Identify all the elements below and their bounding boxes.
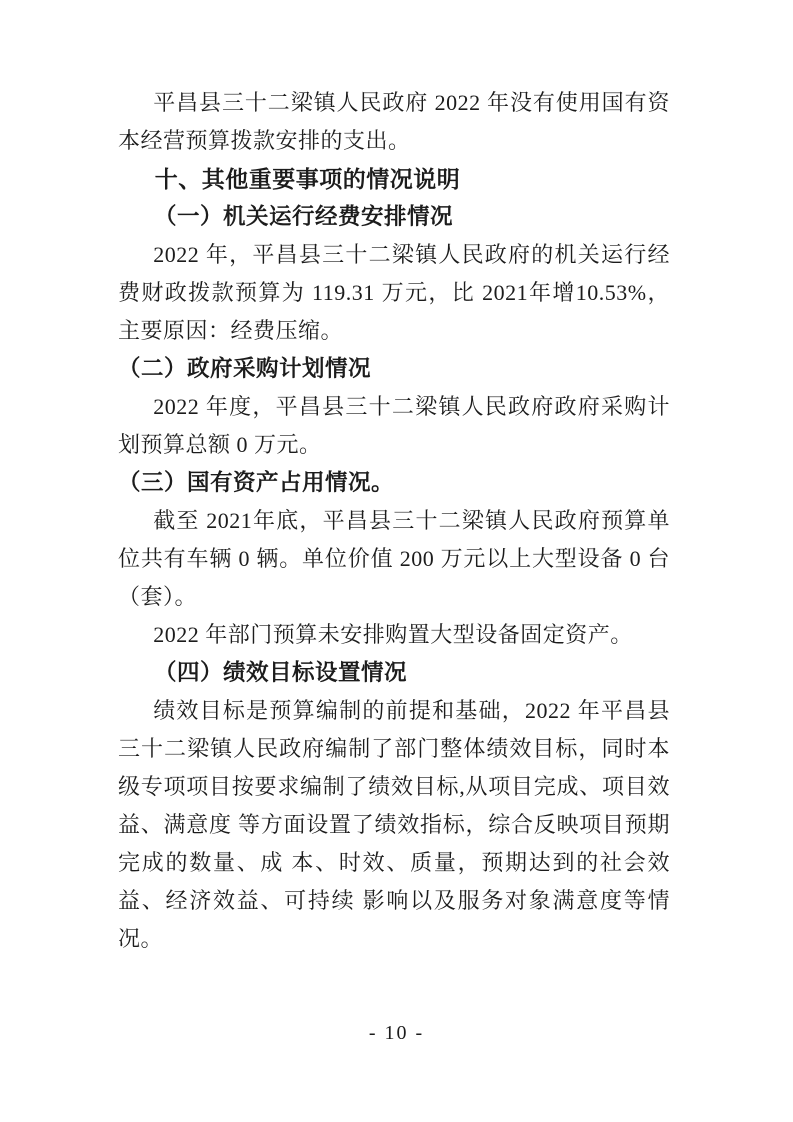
paragraph-state-assets: 截至 2021年底，平昌县三十二梁镇人民政府预算单位共有车辆 0 辆。单位价值 …: [118, 502, 670, 616]
subsection-heading-2: （二）政府采购计划情况: [118, 350, 670, 388]
paragraph-operating-funds: 2022 年，平昌县三十二梁镇人民政府的机关运行经费财政拨款预算为 119.31…: [118, 236, 670, 350]
section-heading-10: 十、其他重要事项的情况说明: [118, 160, 670, 198]
document-body: 平昌县三十二梁镇人民政府 2022 年没有使用国有资本经营预算拨款安排的支出。 …: [118, 84, 670, 958]
paragraph-procurement: 2022 年度，平昌县三十二梁镇人民政府政府采购计划预算总额 0 万元。: [118, 388, 670, 464]
subsection-heading-1: （一）机关运行经费安排情况: [118, 198, 670, 236]
subsection-heading-3: （三）国有资产占用情况。: [118, 464, 670, 502]
document-page: 平昌县三十二梁镇人民政府 2022 年没有使用国有资本经营预算拨款安排的支出。 …: [0, 0, 793, 1122]
paragraph-no-equipment: 2022 年部门预算未安排购置大型设备固定资产。: [118, 616, 670, 654]
paragraph-intro: 平昌县三十二梁镇人民政府 2022 年没有使用国有资本经营预算拨款安排的支出。: [118, 84, 670, 160]
page-footer: - 10 -: [0, 1022, 793, 1045]
paragraph-performance-goals: 绩效目标是预算编制的前提和基础，2022 年平昌县三十二梁镇人民政府编制了部门整…: [118, 692, 670, 958]
subsection-heading-4: （四）绩效目标设置情况: [118, 654, 670, 692]
page-number: - 10 -: [369, 1022, 424, 1044]
